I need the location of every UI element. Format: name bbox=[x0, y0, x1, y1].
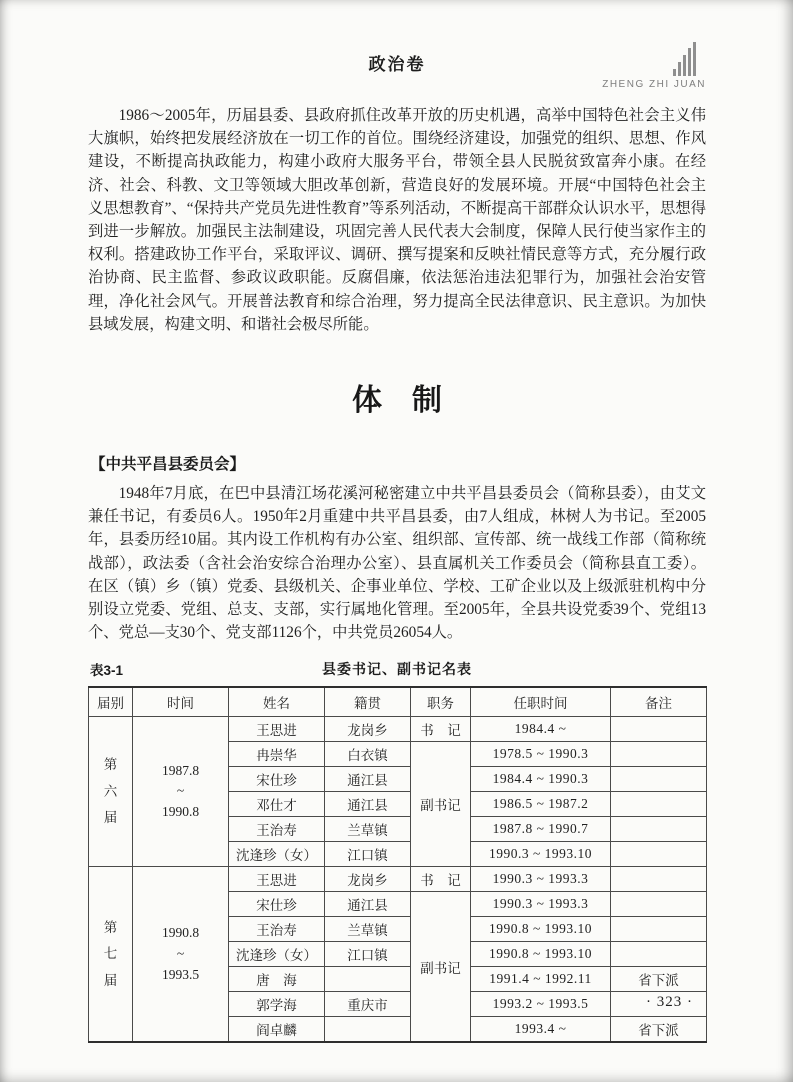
table-caption: 表3-1 县委书记、副书记名表 bbox=[88, 659, 706, 679]
running-head-title: 政治卷 bbox=[369, 55, 426, 74]
name-cell: 宋仕珍 bbox=[229, 892, 325, 917]
tenure-cell: 1990.3 ~ 1993.3 bbox=[471, 867, 611, 892]
name-cell: 宋仕珍 bbox=[229, 767, 325, 792]
native-place-cell: 龙岗乡 bbox=[325, 867, 411, 892]
column-header: 职务 bbox=[411, 687, 471, 717]
table-label: 表3-1 bbox=[90, 659, 123, 679]
name-cell: 王治寿 bbox=[229, 817, 325, 842]
volume-logo: ZHENG ZHI JUAN bbox=[596, 40, 706, 90]
column-header: 姓名 bbox=[229, 687, 325, 717]
name-cell: 阎卓麟 bbox=[229, 1017, 325, 1043]
name-cell: 邓仕才 bbox=[229, 792, 325, 817]
table-row: 第 六 届1987.8 ~ 1990.8王思进龙岗乡书 记1984.4 ~ bbox=[89, 717, 707, 742]
entry-heading: 【中共平昌县委员会】 bbox=[88, 452, 706, 474]
running-header: 政治卷 ZHENG ZHI JUAN bbox=[88, 0, 706, 82]
post-cell: 副书记 bbox=[411, 742, 471, 867]
period-cell: 1990.8 ~ 1993.5 bbox=[133, 867, 229, 1043]
note-cell bbox=[611, 942, 707, 967]
note-cell bbox=[611, 817, 707, 842]
native-place-cell: 通江县 bbox=[325, 767, 411, 792]
note-cell bbox=[611, 867, 707, 892]
tenure-cell: 1993.2 ~ 1993.5 bbox=[471, 992, 611, 1017]
note-cell bbox=[611, 742, 707, 767]
post-cell: 书 记 bbox=[411, 867, 471, 892]
note-cell: 省下派 bbox=[611, 1017, 707, 1043]
tenure-cell: 1990.8 ~ 1993.10 bbox=[471, 917, 611, 942]
native-place-cell: 通江县 bbox=[325, 892, 411, 917]
name-cell: 王思进 bbox=[229, 867, 325, 892]
native-place-cell: 兰草镇 bbox=[325, 917, 411, 942]
name-cell: 唐 海 bbox=[229, 967, 325, 992]
name-cell: 王思进 bbox=[229, 717, 325, 742]
tenure-cell: 1990.3 ~ 1993.10 bbox=[471, 842, 611, 867]
table-row: 第 七 届1990.8 ~ 1993.5王思进龙岗乡书 记1990.3 ~ 19… bbox=[89, 867, 707, 892]
native-place-cell: 龙岗乡 bbox=[325, 717, 411, 742]
note-cell bbox=[611, 792, 707, 817]
note-cell bbox=[611, 767, 707, 792]
document-page: 政治卷 ZHENG ZHI JUAN 1986～2005年，历届县委、县政府抓住… bbox=[0, 0, 793, 1082]
table-title: 县委书记、副书记名表 bbox=[88, 659, 706, 679]
section-title: 体 制 bbox=[88, 375, 706, 419]
period-cell: 1987.8 ~ 1990.8 bbox=[133, 717, 229, 867]
native-place-cell: 兰草镇 bbox=[325, 817, 411, 842]
column-header: 任职时间 bbox=[471, 687, 611, 717]
name-cell: 郭学海 bbox=[229, 992, 325, 1017]
column-header: 备注 bbox=[611, 687, 707, 717]
note-cell: 省下派 bbox=[611, 967, 707, 992]
name-cell: 沈逢珍（女） bbox=[229, 842, 325, 867]
tenure-cell: 1984.4 ~ bbox=[471, 717, 611, 742]
column-header: 籍贯 bbox=[325, 687, 411, 717]
tenure-cell: 1993.4 ~ bbox=[471, 1017, 611, 1043]
table-header-row: 届别时间姓名籍贯职务任职时间备注 bbox=[89, 687, 707, 717]
tenure-cell: 1978.5 ~ 1990.3 bbox=[471, 742, 611, 767]
name-cell: 王治寿 bbox=[229, 917, 325, 942]
term-cell: 第 七 届 bbox=[89, 867, 133, 1043]
table-body: 第 六 届1987.8 ~ 1990.8王思进龙岗乡书 记1984.4 ~冉崇华… bbox=[89, 717, 707, 1043]
entry-paragraph: 1948年7月底，在巴中县清江场花溪河秘密建立中共平昌县委员会（简称县委），由艾… bbox=[88, 482, 706, 644]
post-cell: 副书记 bbox=[411, 892, 471, 1043]
native-place-cell: 通江县 bbox=[325, 792, 411, 817]
tenure-cell: 1987.8 ~ 1990.7 bbox=[471, 817, 611, 842]
roster-table: 届别时间姓名籍贯职务任职时间备注 第 六 届1987.8 ~ 1990.8王思进… bbox=[88, 686, 707, 1043]
logo-text: ZHENG ZHI JUAN bbox=[596, 79, 706, 90]
post-cell: 书 记 bbox=[411, 717, 471, 742]
native-place-cell: 江口镇 bbox=[325, 942, 411, 967]
intro-paragraph: 1986～2005年，历届县委、县政府抓住改革开放的历史机遇，高举中国特色社会主… bbox=[88, 104, 706, 336]
note-cell bbox=[611, 892, 707, 917]
native-place-cell bbox=[325, 1017, 411, 1043]
tenure-cell: 1991.4 ~ 1992.11 bbox=[471, 967, 611, 992]
tenure-cell: 1984.4 ~ 1990.3 bbox=[471, 767, 611, 792]
native-place-cell: 重庆市 bbox=[325, 992, 411, 1017]
term-cell: 第 六 届 bbox=[89, 717, 133, 867]
bar-chart-logo-icon bbox=[596, 40, 706, 76]
column-header: 届别 bbox=[89, 687, 133, 717]
name-cell: 冉崇华 bbox=[229, 742, 325, 767]
tenure-cell: 1986.5 ~ 1987.2 bbox=[471, 792, 611, 817]
column-header: 时间 bbox=[133, 687, 229, 717]
native-place-cell: 江口镇 bbox=[325, 842, 411, 867]
note-cell bbox=[611, 717, 707, 742]
name-cell: 沈逢珍（女） bbox=[229, 942, 325, 967]
tenure-cell: 1990.3 ~ 1993.3 bbox=[471, 892, 611, 917]
native-place-cell bbox=[325, 967, 411, 992]
note-cell bbox=[611, 842, 707, 867]
native-place-cell: 白衣镇 bbox=[325, 742, 411, 767]
tenure-cell: 1990.8 ~ 1993.10 bbox=[471, 942, 611, 967]
page-number: · 323 · bbox=[646, 994, 693, 1011]
note-cell bbox=[611, 917, 707, 942]
